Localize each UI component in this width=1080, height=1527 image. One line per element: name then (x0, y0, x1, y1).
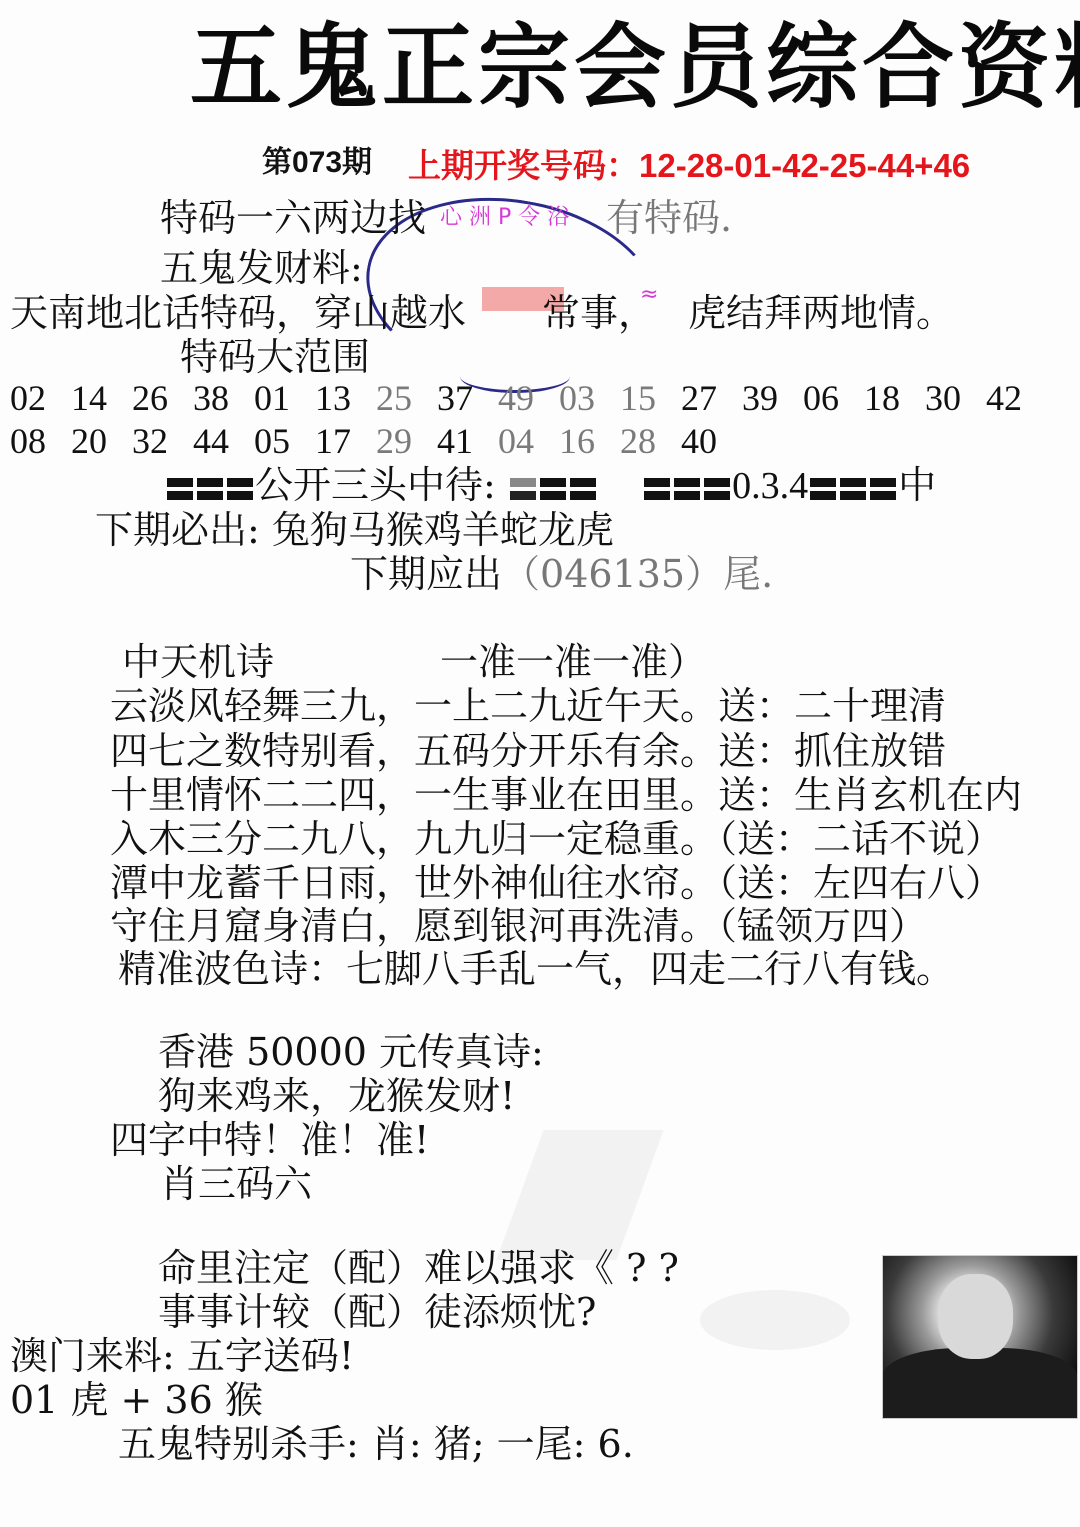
poem-line: 云淡风轻舞三九，一上二九近午天。送：二十理清 (110, 684, 946, 728)
number-cell: 16 (559, 419, 620, 463)
number-cell: 03 (559, 376, 620, 420)
number-cell: 06 (803, 376, 864, 420)
number-cell: 38 (193, 376, 254, 420)
fate-line: 命里注定（配）难以强求《 ? ? (158, 1246, 679, 1290)
portrait-face (938, 1274, 1013, 1359)
must-appear-line: 下期必出: 兔狗马猴鸡羊蛇龙虎 (95, 508, 614, 552)
redacted-block (167, 478, 193, 500)
poem-title-right: 一准一准一准） (440, 640, 706, 684)
hk-line: 狗来鸡来，龙猴发财! (158, 1074, 515, 1118)
number-cell: 28 (620, 419, 681, 463)
poem-line: 潭中龙蓄千日雨，世外神仙往水帘。（送：左四右八） (110, 861, 1003, 905)
number-cell: 17 (315, 419, 376, 463)
wave-color-poem: 精准波色诗：七脚八手乱一气，四走二行八有钱。 (118, 947, 954, 991)
number-cell: 26 (132, 376, 193, 420)
number-cell: 39 (742, 376, 803, 420)
redacted-block (510, 478, 536, 500)
watermark (700, 1290, 850, 1350)
number-cell: 18 (864, 376, 925, 420)
number-row-1: 0214263801132537490315273906183042 (10, 376, 1047, 420)
watermark (496, 1130, 663, 1260)
fate-line: 事事计较（配）徒添烦忧? (158, 1290, 596, 1334)
number-cell: 02 (10, 376, 71, 420)
number-cell: 25 (376, 376, 437, 420)
number-cell: 42 (986, 376, 1047, 420)
number-cell: 49 (498, 376, 559, 420)
macau-line: 澳门来料: 五字送码! (10, 1334, 354, 1378)
text-line: 天南地北话特码，穿山越水常事，虎结拜两地情。 (10, 291, 954, 335)
number-cell: 29 (376, 419, 437, 463)
killer-line: 五鬼特别杀手: 肖: 猪; 一尾: 6. (118, 1422, 634, 1466)
text-line: 五鬼发财料: (160, 246, 363, 290)
issue-number: 第073期 (262, 137, 372, 181)
number-cell: 27 (681, 376, 742, 420)
number-cell: 14 (71, 376, 132, 420)
number-cell: 37 (437, 376, 498, 420)
number-cell: 08 (10, 419, 71, 463)
hk-line: 四字中特！准！准! (110, 1118, 429, 1162)
poem-line: 十里情怀二二四，一生事业在田里。送：生肖玄机在内 (110, 773, 1022, 817)
poem-title: 中天机诗 (122, 640, 274, 684)
number-cell: 44 (193, 419, 254, 463)
text-line: 特码大范围 (180, 335, 370, 379)
number-cell: 13 (315, 376, 376, 420)
macau-line: 01 虎 + 36 猴 (10, 1378, 263, 1422)
number-cell: 01 (254, 376, 315, 420)
portrait-photo (882, 1255, 1078, 1419)
number-cell: 05 (254, 419, 315, 463)
number-cell: 15 (620, 376, 681, 420)
page-title: 五鬼正宗会员综合资料 (190, 18, 1080, 118)
poem-line: 入木三分二九八，九九归一定稳重。（送：二话不说） (110, 817, 1003, 861)
tail-line: 下期应出（046135）尾. (350, 552, 773, 596)
last-draw-label: 上期开奖号码： (408, 147, 639, 184)
number-cell: 30 (925, 376, 986, 420)
poem-line: 四七之数特别看，五码分开乐有余。送：抓住放错 (110, 729, 946, 773)
hk-line: 香港 50000 元传真诗: (158, 1030, 544, 1074)
last-draw-numbers: 12-28-01-42-25-44+46 (639, 147, 970, 184)
poem-line: 守住月窟身清白，愿到银河再洗清。（锰领万四） (110, 904, 927, 948)
three-heads-line: 公开三头中待: 0.3.4中 (165, 463, 936, 508)
text-line: 特码一六两边找有特码. (160, 196, 732, 240)
number-row-2: 082032440517294104162840 (10, 419, 742, 463)
number-cell: 20 (71, 419, 132, 463)
hk-line: 肖三码六 (160, 1162, 312, 1206)
number-cell: 41 (437, 419, 498, 463)
last-draw: 上期开奖号码：12-28-01-42-25-44+46 (408, 140, 970, 187)
number-cell: 32 (132, 419, 193, 463)
number-cell: 04 (498, 419, 559, 463)
number-cell: 40 (681, 419, 742, 463)
